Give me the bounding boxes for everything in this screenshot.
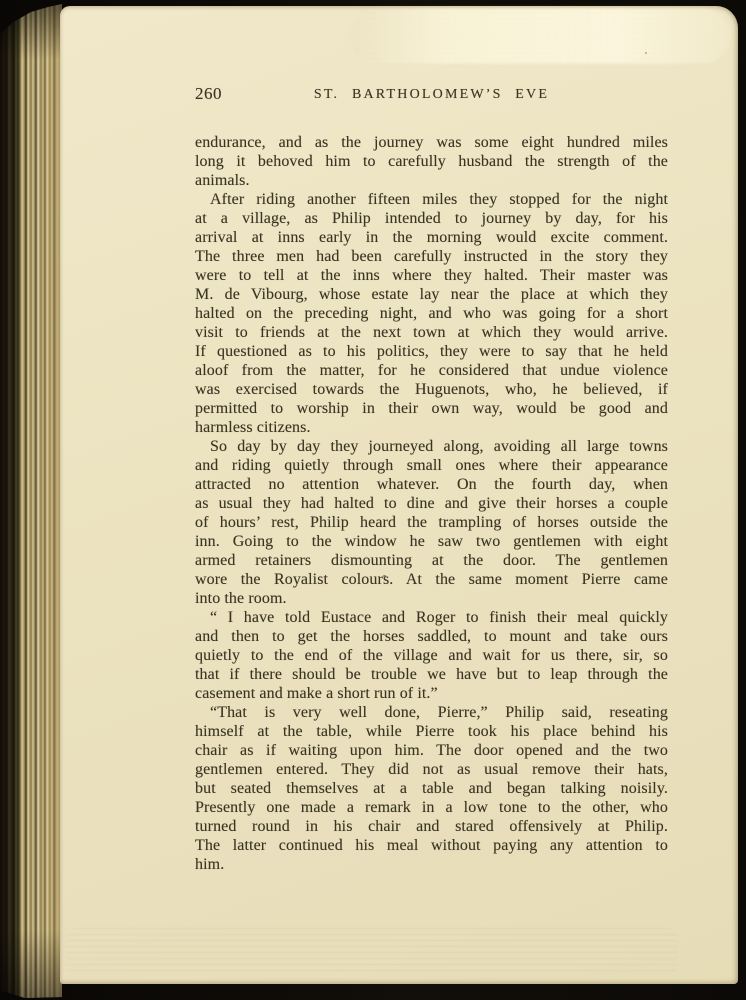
text-line: into the room. [195,589,668,608]
ink-speck [645,52,647,54]
text-line: quietly to the end of the village and wa… [195,646,668,665]
page-sheen-top [350,8,730,64]
text-line: as usual they had halted to dine and giv… [195,494,668,513]
text-line: chair as if waiting upon him. The door o… [195,741,668,760]
book-fore-edge-pages [0,0,62,1000]
text-line: and riding quietly through small ones wh… [195,456,668,475]
text-line: permitted to worship in their own way, w… [195,399,668,418]
paragraph: “ I have told Eustace and Roger to finis… [195,608,668,703]
paragraph: “That is very well done, Pierre,” Philip… [195,703,668,874]
text-line: aloof from the matter, for he considered… [195,361,668,380]
paragraph: endurance, and as the journey was some e… [195,133,668,190]
ink-speck [577,828,579,830]
text-line: harmless citizens. [195,418,668,437]
text-line: but seated themselves at a table and beg… [195,779,668,798]
text-line: “ I have told Eustace and Roger to finis… [195,608,668,627]
page-sheen-bottom [66,928,678,976]
text-line: arrival at inns early in the morning wou… [195,228,668,247]
text-line: himself at the table, while Pierre took … [195,722,668,741]
text-line: armed retainers dismounting at the door.… [195,551,668,570]
text-line: halted on the preceding night, and who w… [195,304,668,323]
text-line: The three men had been carefully instruc… [195,247,668,266]
paragraph: After riding another fifteen miles they … [195,190,668,437]
text-line: animals. [195,171,668,190]
text-line: wore the Royalist colours. At the same m… [195,570,668,589]
running-title: ST. BARTHOLOMEW’S EVE [195,87,668,103]
text-line: of hours’ rest, Philip heard the trampli… [195,513,668,532]
text-line: So day by day they journeyed along, avoi… [195,437,668,456]
ink-speck [383,575,386,577]
text-line: long it behoved him to carefully husband… [195,152,668,171]
text-line: and then to get the horses saddled, to m… [195,627,668,646]
text-line: M. de Vibourg, whose estate lay near the… [195,285,668,304]
text-line: inn. Going to the window he saw two gent… [195,532,668,551]
text-line: him. [195,855,668,874]
text-line: visit to friends at the next town at whi… [195,323,668,342]
page-content: 260 ST. BARTHOLOMEW’S EVE endurance, and… [195,84,668,874]
scanned-book-photo: 260 ST. BARTHOLOMEW’S EVE endurance, and… [0,0,746,1000]
page-text: endurance, and as the journey was some e… [195,133,668,874]
book-page: 260 ST. BARTHOLOMEW’S EVE endurance, and… [60,6,738,984]
text-line: casement and make a short run of it.” [195,684,668,703]
text-line: that if there should be trouble we have … [195,665,668,684]
text-line: “That is very well done, Pierre,” Philip… [195,703,668,722]
text-line: was exercised towards the Huguenots, who… [195,380,668,399]
page-header: 260 ST. BARTHOLOMEW’S EVE [195,84,668,106]
text-line: turned round in his chair and stared off… [195,817,668,836]
text-line: Presently one made a remark in a low ton… [195,798,668,817]
text-line: endurance, and as the journey was some e… [195,133,668,152]
text-line: were to tell at the inns where they halt… [195,266,668,285]
paragraph: So day by day they journeyed along, avoi… [195,437,668,608]
text-line: at a village, as Philip intended to jour… [195,209,668,228]
text-line: The latter continued his meal without pa… [195,836,668,855]
text-line: If questioned as to his politics, they w… [195,342,668,361]
text-line: gentlemen entered. They did not as usual… [195,760,668,779]
text-line: attracted no attention whatever. On the … [195,475,668,494]
text-line: After riding another fifteen miles they … [195,190,668,209]
